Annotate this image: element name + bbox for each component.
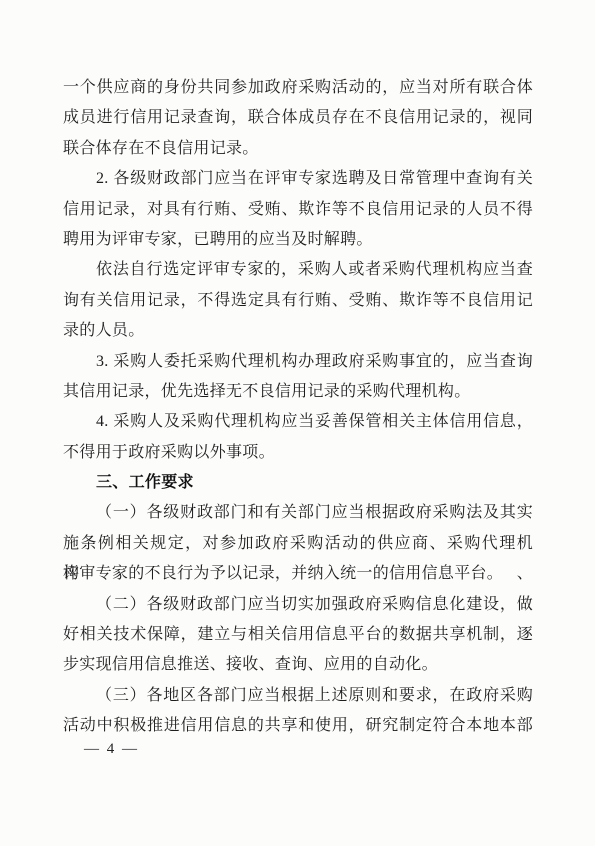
- document-text-column: 一个供应商的身份共同参加政府采购活动的，应当对所有联合体成员进行信用记录查询，联…: [63, 73, 533, 742]
- text-line: 步实现信用信息推送、接收、查询、应用的自动化。: [63, 650, 533, 680]
- text-line: 信用记录，对具有行贿、受贿、欺诈等不良信用记录的人员不得: [63, 195, 533, 225]
- text-line: 录的人员。: [63, 316, 533, 346]
- section-heading: 三、工作要求: [63, 468, 533, 498]
- text-line: 询有关信用记录，不得选定具有行贿、受贿、欺诈等不良信用记: [63, 286, 533, 316]
- text-line: 联合体存在不良信用记录。: [63, 134, 533, 164]
- scanned-document-page: 一个供应商的身份共同参加政府采购活动的，应当对所有联合体成员进行信用记录查询，联…: [0, 0, 595, 846]
- page-number: — 4 —: [84, 738, 139, 760]
- text-line: 依法自行选定评审专家的，采购人或者采购代理机构应当查: [63, 255, 533, 285]
- text-line: 评审专家的不良行为予以记录，并纳入统一的信用信息平台。: [63, 559, 533, 589]
- text-line: 其信用记录，优先选择无不良信用记录的采购代理机构。: [63, 377, 533, 407]
- text-line: （一）各级财政部门和有关部门应当根据政府采购法及其实: [63, 498, 533, 528]
- text-line: 2. 各级财政部门应当在评审专家选聘及日常管理中查询有关: [63, 164, 533, 194]
- text-line: 好相关技术保障，建立与相关信用信息平台的数据共享机制，逐: [63, 620, 533, 650]
- text-line: 成员进行信用记录查询，联合体成员存在不良信用记录的，视同: [63, 103, 533, 133]
- text-line: 3. 采购人委托采购代理机构办理政府采购事宜的，应当查询: [63, 347, 533, 377]
- text-line: 不得用于政府采购以外事项。: [63, 438, 533, 468]
- text-line: （二）各级财政部门应当切实加强政府采购信息化建设，做: [63, 590, 533, 620]
- text-line: （三）各地区各部门应当根据上述原则和要求，在政府采购: [63, 681, 533, 711]
- text-line: 4. 采购人及采购代理机构应当妥善保管相关主体信用信息，: [63, 407, 533, 437]
- text-line: 聘用为评审专家，已聘用的应当及时解聘。: [63, 225, 533, 255]
- text-line: 施条例相关规定，对参加政府采购活动的供应商、采购代理机构、: [63, 529, 533, 559]
- text-line: 一个供应商的身份共同参加政府采购活动的，应当对所有联合体: [63, 73, 533, 103]
